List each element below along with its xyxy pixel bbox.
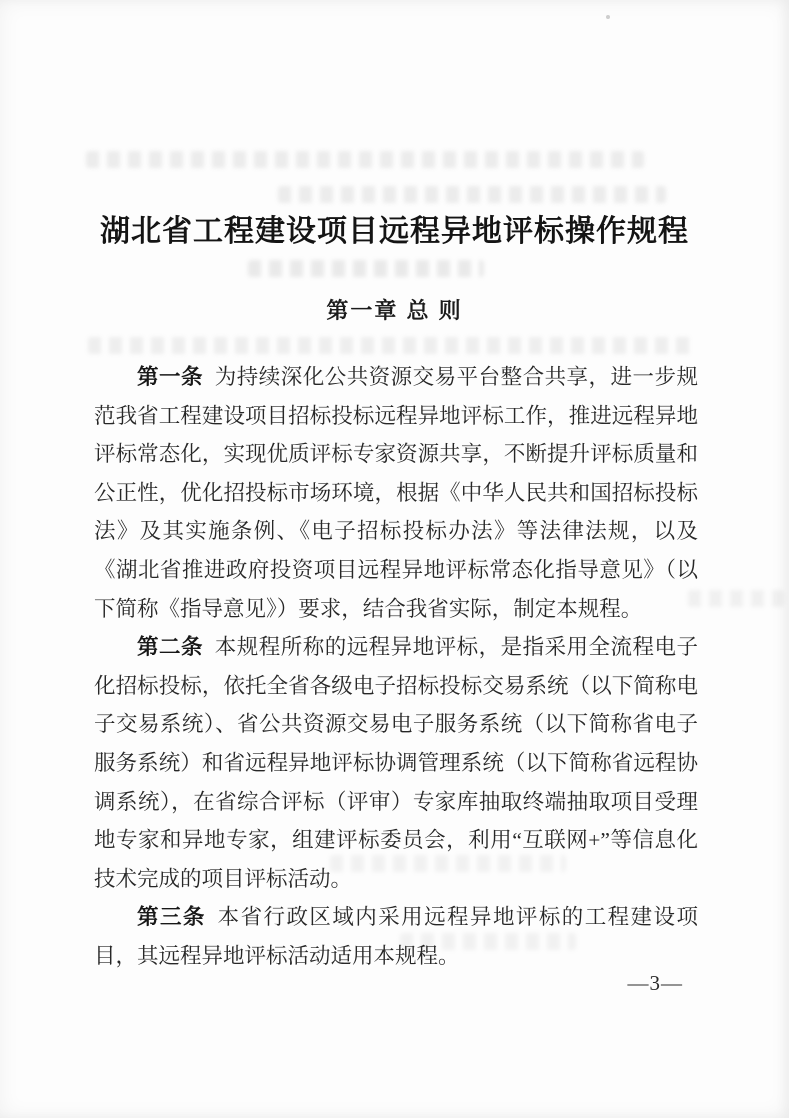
- article-2-label: 第二条: [137, 635, 203, 659]
- chapter-heading: 第一章 总 则: [0, 294, 789, 325]
- article-3-label: 第三条: [137, 905, 206, 929]
- article-3-paragraph: 第三条本省行政区域内采用远程异地评标的工程建设项目，其远程异地评标活动适用本规程…: [94, 898, 698, 975]
- article-2-paragraph: 第二条本规程所称的远程异地评标，是指采用全流程电子化招标投标，依托全省各级电子招…: [94, 628, 698, 898]
- article-1-paragraph: 第一条为持续深化公共资源交易平台整合共享，进一步规范我省工程建设项目招标投标远程…: [94, 358, 698, 628]
- bleedthrough-artifact: [248, 260, 484, 277]
- scanned-document-page: 湖北省工程建设项目远程异地评标操作规程 第一章 总 则 第一条为持续深化公共资源…: [0, 0, 789, 1118]
- article-1-label: 第一条: [137, 365, 203, 389]
- scan-speck-artifact: [606, 15, 610, 19]
- bleedthrough-artifact: [88, 337, 696, 354]
- article-2-text: 本规程所称的远程异地评标，是指采用全流程电子化招标投标，依托全省各级电子招标投标…: [94, 635, 698, 891]
- article-1-text: 为持续深化公共资源交易平台整合共享，进一步规范我省工程建设项目招标投标远程异地评…: [94, 365, 698, 621]
- document-title: 湖北省工程建设项目远程异地评标操作规程: [0, 206, 789, 250]
- bleedthrough-artifact: [688, 590, 784, 607]
- bleedthrough-artifact: [86, 151, 644, 168]
- bleedthrough-artifact: [278, 186, 666, 203]
- page-number: —3—: [628, 971, 684, 996]
- document-body: 第一条为持续深化公共资源交易平台整合共享，进一步规范我省工程建设项目招标投标远程…: [94, 358, 698, 976]
